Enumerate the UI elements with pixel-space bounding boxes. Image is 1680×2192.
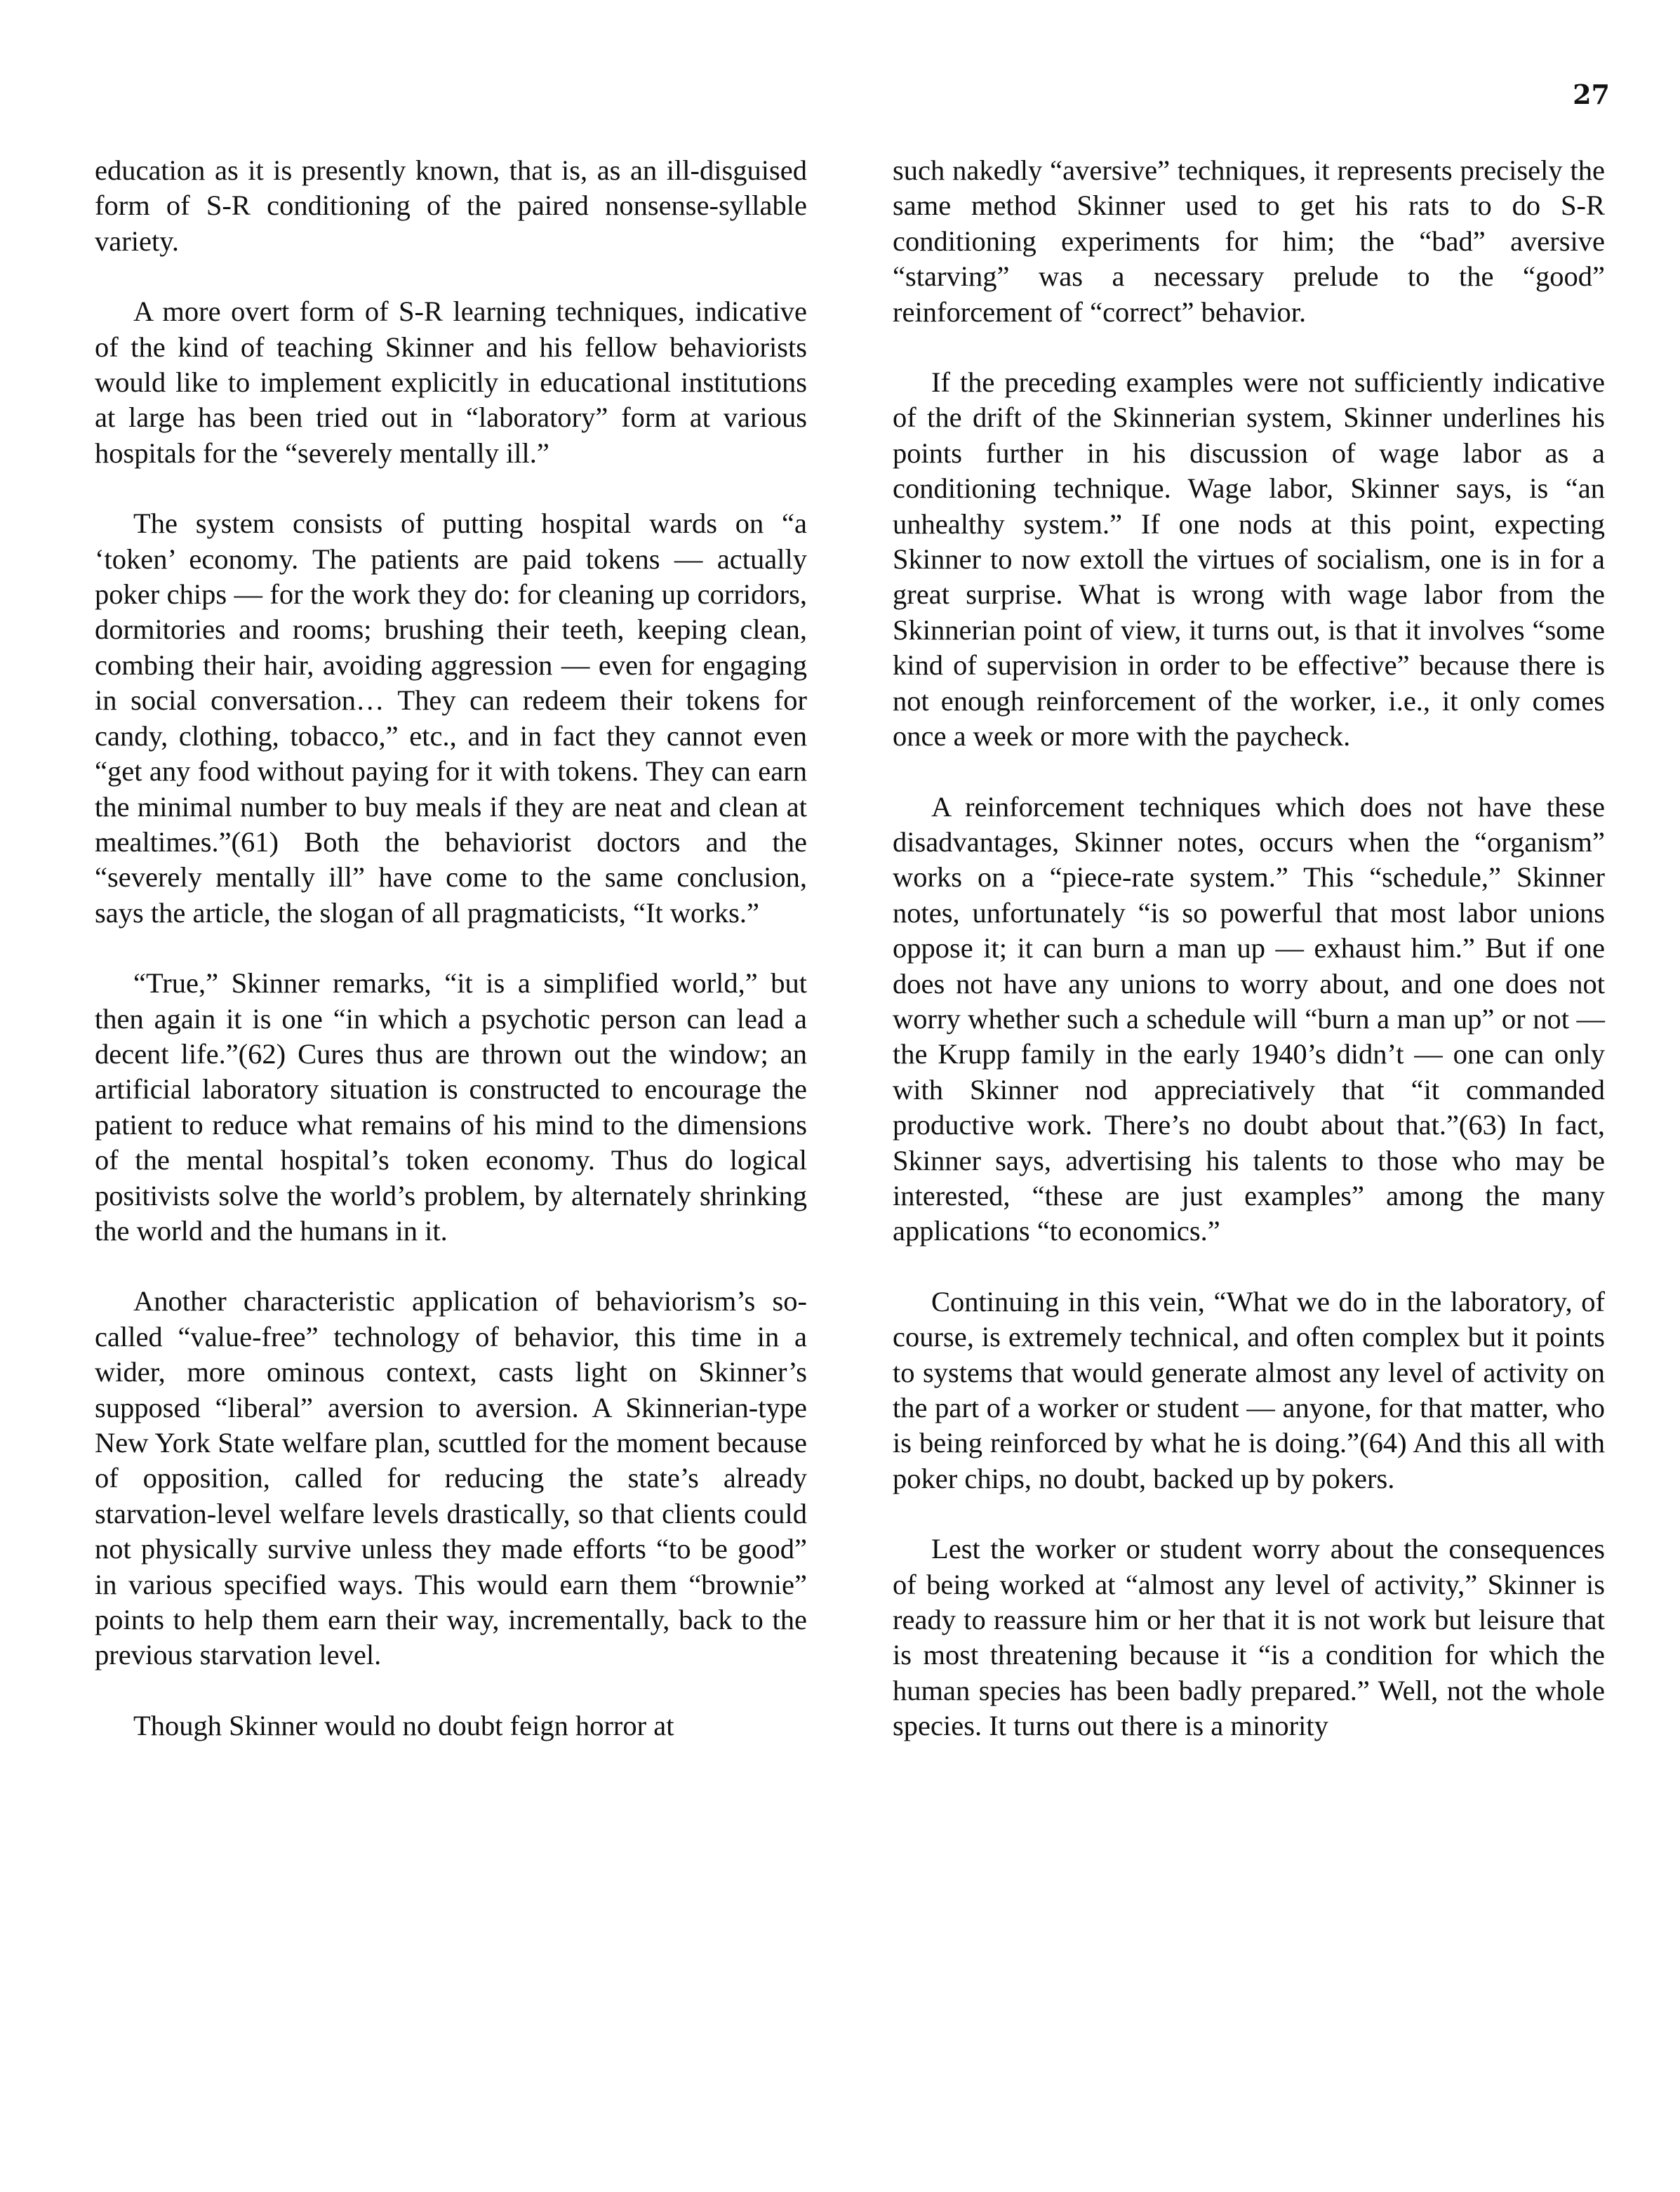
paragraph: If the preceding examples were not suffi… — [893, 365, 1605, 754]
paragraph: Continuing in this vein, “What we do in … — [893, 1284, 1605, 1496]
paragraph: Though Skinner would no doubt feign horr… — [95, 1708, 807, 1743]
right-column: such nakedly “aversive” techniques, it r… — [893, 153, 1605, 1779]
page-number: 27 — [1573, 79, 1610, 110]
paragraph: Another characteristic application of be… — [95, 1284, 807, 1673]
paragraph: “True,” Skinner remarks, “it is a simpli… — [95, 966, 807, 1249]
paragraph: The system consists of putting hospital … — [95, 506, 807, 931]
paragraph: education as it is presently known, that… — [95, 153, 807, 259]
paragraph: Lest the worker or student worry about t… — [893, 1532, 1605, 1743]
left-column: education as it is presently known, that… — [95, 153, 807, 1779]
paragraph: such nakedly “aversive” techniques, it r… — [893, 153, 1605, 330]
paragraph: A more overt form of S-R learning techni… — [95, 294, 807, 471]
paragraph: A reinforcement techniques which does no… — [893, 790, 1605, 1249]
